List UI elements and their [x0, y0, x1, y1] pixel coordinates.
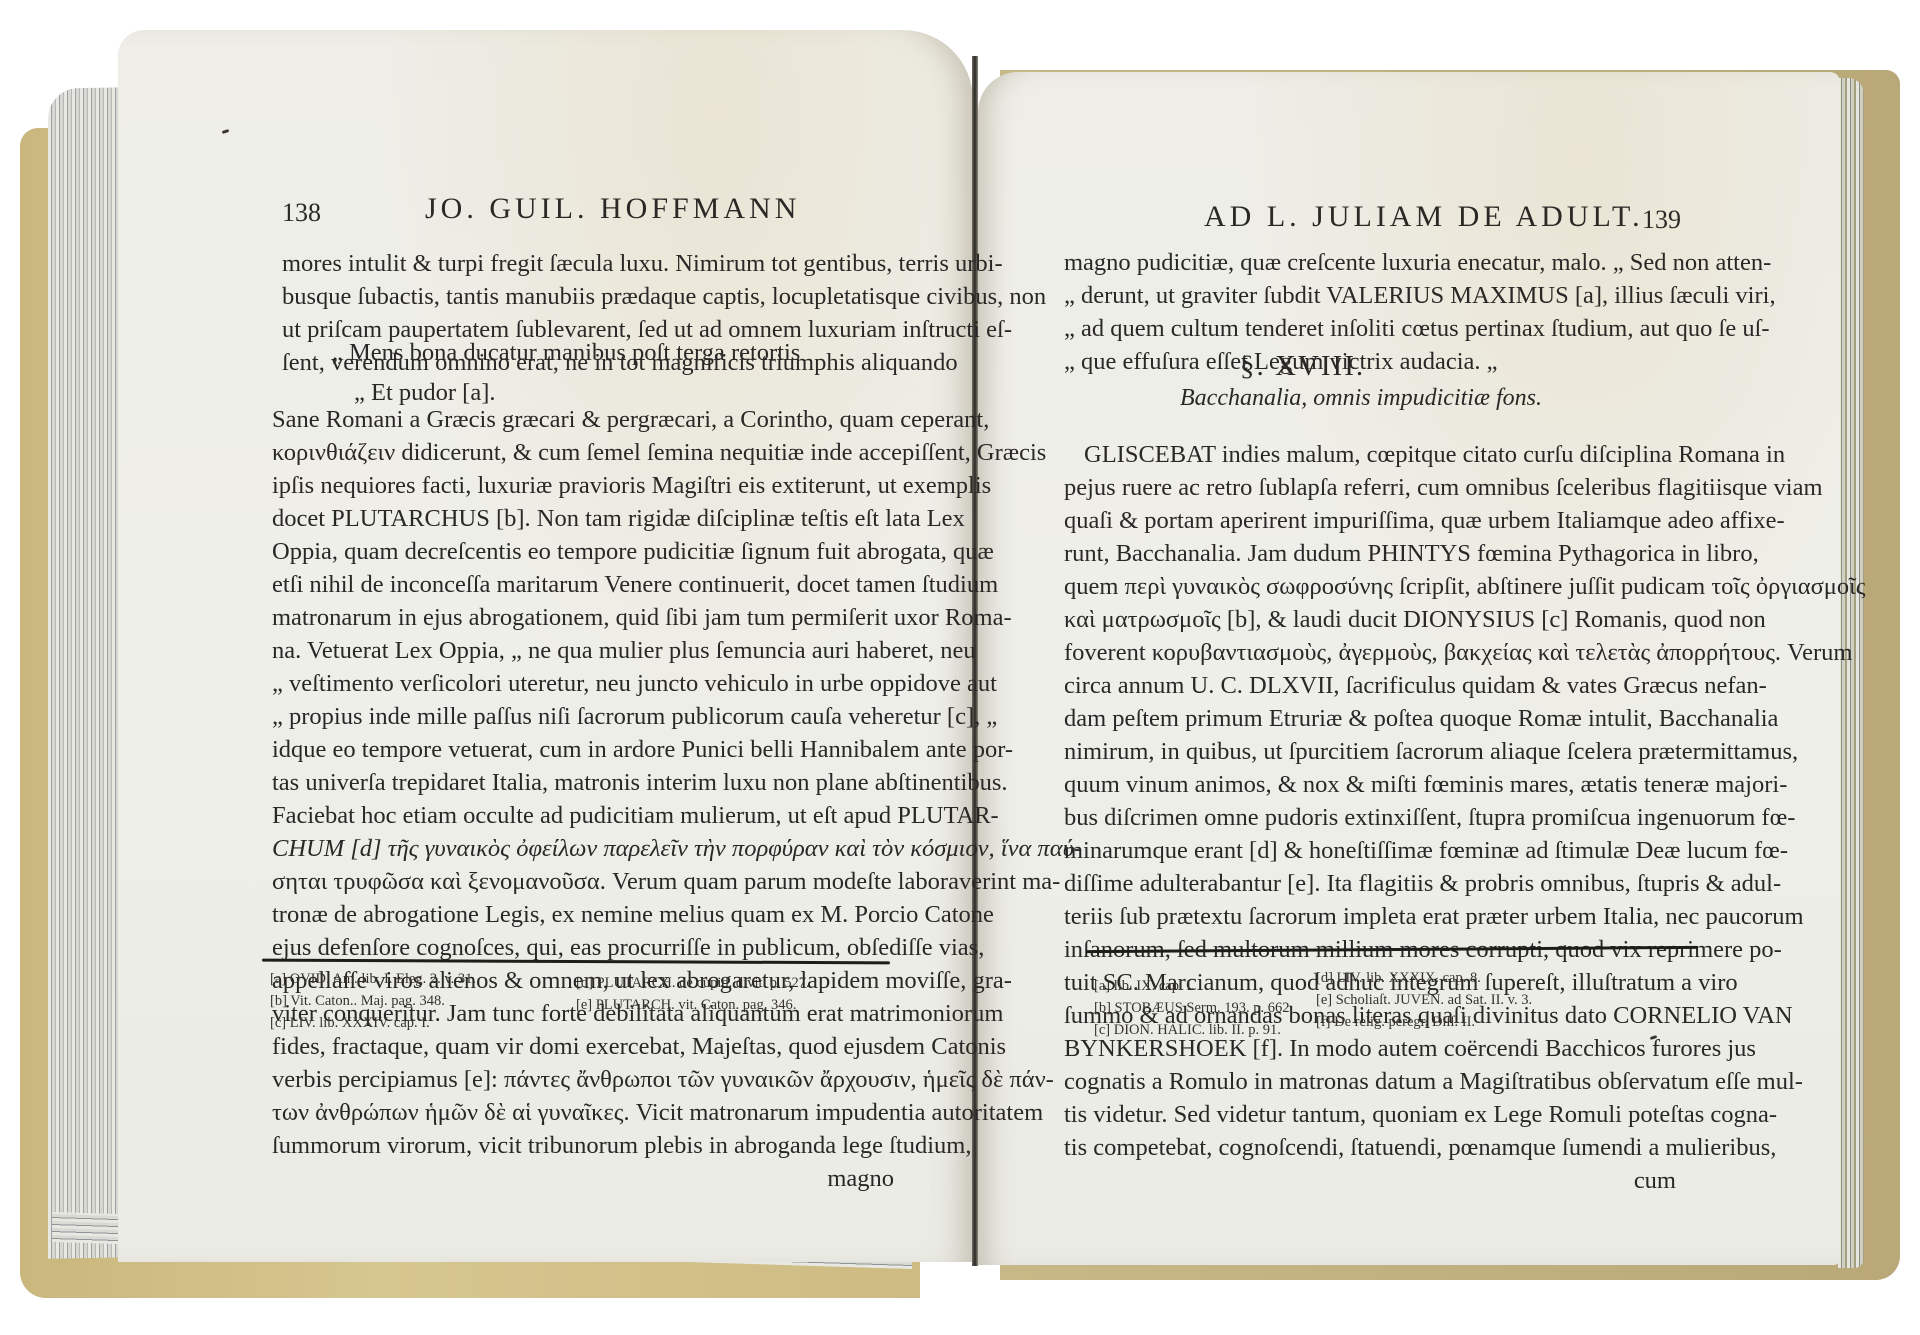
footnote: [c] DION. HALIC. lib. II. p. 91. — [1094, 1019, 1293, 1041]
text-line: Sane Romani a Græcis græcari & pergræcar… — [272, 403, 894, 436]
text-line: „ propius inde mille paſſus niſi ſacroru… — [272, 700, 894, 733]
text-line: mores intulit & turpi fregit ſæcula luxu… — [282, 247, 894, 280]
text-line: docet PLUTARCHUS [b]. Non tam rigidæ diſ… — [272, 502, 894, 535]
footnote: [f] De relig. peregr. Diſſ. II. — [1316, 1011, 1532, 1033]
footnote: [a] lib. IX. cap. I. — [1094, 975, 1293, 997]
left-page-number: 138 — [282, 198, 321, 228]
text-line: Oppia, quam decreſcentis eo tempore pudi… — [272, 535, 894, 568]
text-line: quem περὶ γυναικὸς σωφροσύνης ſcripſit, … — [1064, 570, 1676, 603]
right-page-number: 139 — [1642, 205, 1681, 235]
text-line: κορινθιάζειν didicerunt, & cum ſemel ſem… — [272, 436, 894, 469]
text-line: etſi nihil de inconceſſa maritarum Vener… — [272, 568, 894, 601]
page-block-right-edge — [1838, 78, 1864, 1268]
text-line: quaſi & portam aperirent impuriſſima, qu… — [1064, 504, 1676, 537]
text-line: bus diſcrimen omne pudoris extinxiſſent,… — [1064, 801, 1676, 834]
catchword: magno — [272, 1162, 894, 1195]
text-line: nimirum, in quibus, ut ſpurcitiem ſacror… — [1064, 735, 1676, 768]
left-footnotes-col-1: [a] OVID. Am. lib. I. Eleg. 2. v. 31. [b… — [270, 968, 476, 1034]
text-line: na. Vetuerat Lex Oppia, „ ne qua mulier … — [272, 634, 894, 667]
text-line: „ derunt, ut graviter ſubdit VALERIUS MA… — [1064, 279, 1676, 312]
text-line: verbis percipiamus [e]: πάντες ἄνθρωποι … — [272, 1063, 894, 1096]
text-line: pejus ruere ac retro ſublapſa referri, c… — [1064, 471, 1676, 504]
footnote: [e] Scholiaſt. JUVEN. ad Sat. II. v. 3. — [1316, 989, 1532, 1011]
open-book-photo: 138 JO. GUIL. HOFFMANN mores intulit & t… — [0, 0, 1920, 1335]
text-line: Faciebat hoc etiam occulte ad pudicitiam… — [272, 799, 894, 832]
text-line: cognatis a Romulo in matronas datum a Ma… — [1064, 1065, 1676, 1098]
verse-quotation: „ Mens bona ducatur manibus poſt terga r… — [332, 333, 800, 413]
text-line: fides, fractaque, quam vir domi exerceba… — [272, 1030, 894, 1063]
page-block-left-edge — [48, 87, 128, 1258]
text-line: dam peſtem primum Etruriæ & poſtea quoqu… — [1064, 702, 1676, 735]
section-number: §. XVIII. — [1240, 350, 1365, 383]
text-line: „ ad quem cultum tenderet inſoliti cœtus… — [1064, 312, 1676, 345]
text-line: quum vinum animos, & nox & miſti fœminis… — [1064, 768, 1676, 801]
text-line: GLISCEBAT indies malum, cœpitque citato … — [1064, 438, 1676, 471]
footnote: [c] LIV. lib. XXXIV. cap. I. — [270, 1012, 476, 1034]
right-footnotes-col-2: [d] LIV. lib. XXXIX. cap. 8. [e] Scholia… — [1316, 967, 1532, 1033]
text-line: diſſime adulterabantur [e]. Ita flagitii… — [1064, 867, 1676, 900]
text-line: σηται τρυφῶσα καὶ ξενομανοῦσα. Verum qua… — [272, 865, 894, 898]
text-line: ipſis nequiores facti, luxuriæ pravioris… — [272, 469, 894, 502]
footnote: [d] LIV. lib. XXXIX. cap. 8. — [1316, 967, 1532, 989]
section-title: Bacchanalia, omnis impudicitiæ fons. — [1180, 385, 1542, 412]
left-paragraph-2: Sane Romani a Græcis græcari & pergræcar… — [272, 403, 894, 1195]
text-line: magno pudicitiæ, quæ creſcente luxuria e… — [1064, 246, 1676, 279]
right-paragraph-2: GLISCEBAT indies malum, cœpitque citato … — [1064, 438, 1676, 1197]
text-line: καὶ ματρωσμοῖς [b], & laudi ducit DIONYS… — [1064, 603, 1676, 636]
text-line: „ que effuſura eſſet Legum victrix audac… — [1064, 345, 1676, 378]
catchword: cum — [1064, 1164, 1676, 1197]
footnote: [b] STOBÆUS Serm. 193. p. 662. — [1094, 997, 1293, 1019]
text-line: tis competebat, cognoſcendi, ſtatuendi, … — [1064, 1131, 1676, 1164]
text-line: CHUM [d] τῆς γυναικὸς ὀφείλων παρελεῖν τ… — [272, 832, 894, 865]
right-footnotes-col-1: [a] lib. IX. cap. I. [b] STOBÆUS Serm. 1… — [1094, 975, 1293, 1041]
footnote: [d] PLUTARCH. de cupid. divit. p. 527. — [576, 972, 810, 994]
text-line: minarumque erant [d] & honeſtiſſimæ fœmi… — [1064, 834, 1676, 867]
text-line: circa annum U. C. DLXVII, ſacrificulus q… — [1064, 669, 1676, 702]
text-line: tronæ de abrogatione Legis, ex nemine me… — [272, 898, 894, 931]
text-line: matronarum in ejus abrogationem, quid ſi… — [272, 601, 894, 634]
text-line: tas univerſa trepidaret Italia, matronis… — [272, 766, 894, 799]
text-line: idque eo tempore vetuerat, cum in ardore… — [272, 733, 894, 766]
text-line: runt, Bacchanalia. Jam dudum PHINTYS fœm… — [1064, 537, 1676, 570]
left-footnotes-col-2: [d] PLUTARCH. de cupid. divit. p. 527. [… — [576, 972, 810, 1016]
footnote: [b] Vit. Caton.. Maj. pag. 348. — [270, 990, 476, 1012]
footnote: [e] PLUTARCH. vit. Caton. pag. 346. — [576, 994, 810, 1016]
text-line: των ἀνθρώπων ἡμῶν δὲ αἱ γυναῖκες. Vicit … — [272, 1096, 894, 1129]
right-paragraph-1: magno pudicitiæ, quæ creſcente luxuria e… — [1064, 246, 1676, 378]
text-line: tis videtur. Sed videtur tantum, quoniam… — [1064, 1098, 1676, 1131]
right-running-head: AD L. JULIAM DE ADULT. — [1204, 200, 1644, 234]
footnote: [a] OVID. Am. lib. I. Eleg. 2. v. 31. — [270, 968, 476, 990]
text-line: „ veſtimento verſicolori uteretur, neu j… — [272, 667, 894, 700]
verse-line: „ Mens bona ducatur manibus poſt terga r… — [332, 333, 800, 373]
left-running-head: JO. GUIL. HOFFMANN — [425, 192, 800, 226]
text-line: busque ſubactis, tantis manubiis prædaqu… — [282, 280, 894, 313]
text-line: teriis ſub prætextu ſacrorum impleta era… — [1064, 900, 1676, 933]
text-line: foverent κορυβαντιασμοὺς, ἀγερμοὺς, βακχ… — [1064, 636, 1676, 669]
text-line: ſummorum virorum, vicit tribunorum plebi… — [272, 1129, 894, 1162]
